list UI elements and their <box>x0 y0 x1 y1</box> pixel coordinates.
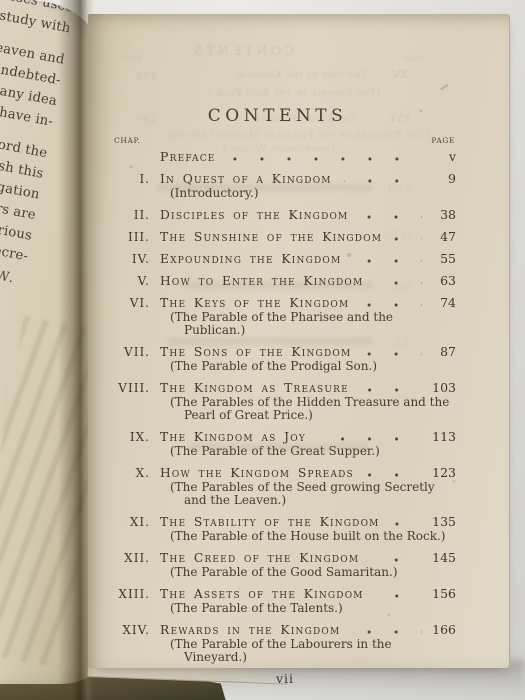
chapter-title: In Quest of a Kingdom <box>160 172 332 186</box>
dot-leader <box>360 215 422 219</box>
dot-leader <box>361 303 422 307</box>
dot-leader <box>363 352 422 356</box>
chapter-numeral: XII. <box>114 551 150 565</box>
chapter-page-number: 87 <box>428 344 456 359</box>
ghost-text-line: XV. <box>391 68 408 81</box>
dot-leader <box>394 237 422 241</box>
toc-entry: III.The Sunshine of the Kingdom47 <box>114 229 456 244</box>
chapter-numeral: V. <box>114 274 150 288</box>
chapter-title: Rewards in the Kingdom <box>160 623 340 637</box>
table-of-contents: Preface v I.In Quest of a Kingdom9(Intro… <box>114 149 456 664</box>
toc-entry: XII.The Creed of the Kingdom145(The Para… <box>114 550 456 579</box>
chapter-title: How the Kingdom Spreads <box>160 466 354 480</box>
toc-entry: V.How to Enter the Kingdom63 <box>114 273 456 288</box>
chapter-page-number: 113 <box>428 429 456 444</box>
chapter-subtitle: (The Parable of the House built on the R… <box>170 530 456 543</box>
chapter-title: The Sunshine of the Kingdom <box>160 230 382 244</box>
preface-page-number: v <box>428 149 456 164</box>
chapter-numeral: VII. <box>114 345 150 359</box>
toc-entry: II.Disciples of the Kingdom38 <box>114 207 456 222</box>
chapter-title: The Keys of the Kingdom <box>160 296 349 310</box>
chapter-page-number: 55 <box>428 251 456 266</box>
folio-page-number: vii <box>114 671 456 686</box>
dot-leader <box>353 259 422 263</box>
chapter-title: Disciples of the Kingdom <box>160 208 348 222</box>
dot-leader <box>352 630 422 634</box>
contents-page: CONTENTSPAGECHAP.XV.Traitors to the King… <box>88 14 510 668</box>
chapter-numeral: VIII. <box>114 381 150 395</box>
ghost-text-line: CHAP. <box>402 55 424 63</box>
chapter-subtitle: (The Parable of the Prodigal Son.) <box>170 360 456 373</box>
chapter-numeral: XIV. <box>114 623 150 637</box>
chapter-page-number: 63 <box>428 273 456 288</box>
toc-entry: IV.Expounding the Kingdom55 <box>114 251 456 266</box>
ghost-text-line: CONTENTS <box>191 44 294 59</box>
dot-leader <box>366 473 422 477</box>
toc-entry: VIII.The Kingdom as Treasure103(The Para… <box>114 380 456 422</box>
chapter-title: The Assets of the Kingdom <box>160 587 364 601</box>
toc-entry: XIII.The Assets of the Kingdom156(The Pa… <box>114 586 456 615</box>
toc-entry: VII.The Sons of the Kingdom87(The Parabl… <box>114 344 456 373</box>
chapter-numeral: III. <box>114 230 150 244</box>
chapter-page-number: 9 <box>428 171 456 186</box>
chap-column-label: CHAP. <box>114 136 141 145</box>
chapter-page-number: 135 <box>428 514 456 529</box>
chapter-subtitle: (The Parables of the Seed growing Secret… <box>170 481 456 507</box>
chapter-numeral: I. <box>114 172 150 186</box>
toc-entry: X.How the Kingdom Spreads123(The Parable… <box>114 465 456 507</box>
chapter-page-number: 145 <box>428 550 456 565</box>
toc-entry: IX.The Kingdom as Joy113(The Parable of … <box>114 429 456 458</box>
dot-leader <box>318 437 422 441</box>
chapter-numeral: IX. <box>114 430 150 444</box>
chapter-page-number: 74 <box>428 295 456 310</box>
chapter-page-number: 103 <box>428 380 456 395</box>
dot-leader <box>228 157 422 161</box>
chapter-title: How to Enter the Kingdom <box>160 274 363 288</box>
dot-leader <box>371 558 422 562</box>
toc-entry: XI.The Stability of the Kingdom135(The P… <box>114 514 456 543</box>
column-labels: CHAP. PAGE <box>114 136 455 145</box>
chapter-title: The Stability of the Kingdom <box>160 515 380 529</box>
chapter-page-number: 38 <box>428 207 456 222</box>
chapter-page-number: 156 <box>428 586 456 601</box>
chapter-numeral: VI. <box>114 296 150 310</box>
chapter-page-number: 47 <box>428 229 456 244</box>
ghost-text-line: Traitors to the Kingdom <box>236 68 368 81</box>
chapter-title: The Sons of the Kingdom <box>160 345 351 359</box>
ghost-text-line: (The Parable of the Rich Fool.) <box>208 86 381 99</box>
toc-entry: XIV.Rewards in the Kingdom166(The Parabl… <box>114 622 456 664</box>
preface-title: Preface <box>160 149 216 164</box>
toc-entry: I.In Quest of a Kingdom9(Introductory.) <box>114 171 456 200</box>
ghost-text-line: PAGE <box>122 55 142 63</box>
chapter-title: The Kingdom as Treasure <box>160 381 349 395</box>
chapter-subtitle: (The Parable of the Good Samaritan.) <box>170 566 456 579</box>
chapter-title: Expounding the Kingdom <box>160 252 341 266</box>
dot-leader <box>361 388 422 392</box>
chapter-numeral: X. <box>114 466 150 480</box>
chapter-subtitle: (The Parable of the Talents.) <box>170 602 456 615</box>
chapter-page-number: 123 <box>428 465 456 480</box>
dot-leader <box>376 594 422 598</box>
chapter-subtitle: (The Parable of the Pharisee and the Pub… <box>170 311 456 337</box>
chapter-page-number: 166 <box>428 622 456 637</box>
chapter-numeral: IV. <box>114 252 150 266</box>
chapter-subtitle: (Introductory.) <box>170 187 456 200</box>
chapter-numeral: XIII. <box>114 587 150 601</box>
book-photo: other Classes usedinter's study withom o… <box>0 0 525 700</box>
page-column-label: PAGE <box>431 136 455 145</box>
dot-leader <box>344 179 422 183</box>
chapter-title: The Creed of the Kingdom <box>160 551 359 565</box>
dot-leader <box>392 522 422 526</box>
chapter-numeral: II. <box>114 208 150 222</box>
toc-entry-preface: Preface v <box>114 149 456 164</box>
chapter-title: The Kingdom as Joy <box>160 430 306 444</box>
chapter-numeral: XI. <box>114 515 150 529</box>
dot-leader <box>375 281 422 285</box>
ghost-text-line: 178 <box>136 70 157 83</box>
contents-heading: CONTENTS <box>107 106 448 126</box>
paper-foxing-specks <box>88 14 90 16</box>
toc-entry: VI.The Keys of the Kingdom74(The Parable… <box>114 295 456 337</box>
paper-scratch <box>440 84 449 90</box>
chapter-subtitle: (The Parables of the Hidden Treasure and… <box>170 396 456 422</box>
chapter-subtitle: (The Parable of the Great Supper.) <box>170 445 456 458</box>
chapter-subtitle: (The Parable of the Labourers in the Vin… <box>170 638 456 664</box>
